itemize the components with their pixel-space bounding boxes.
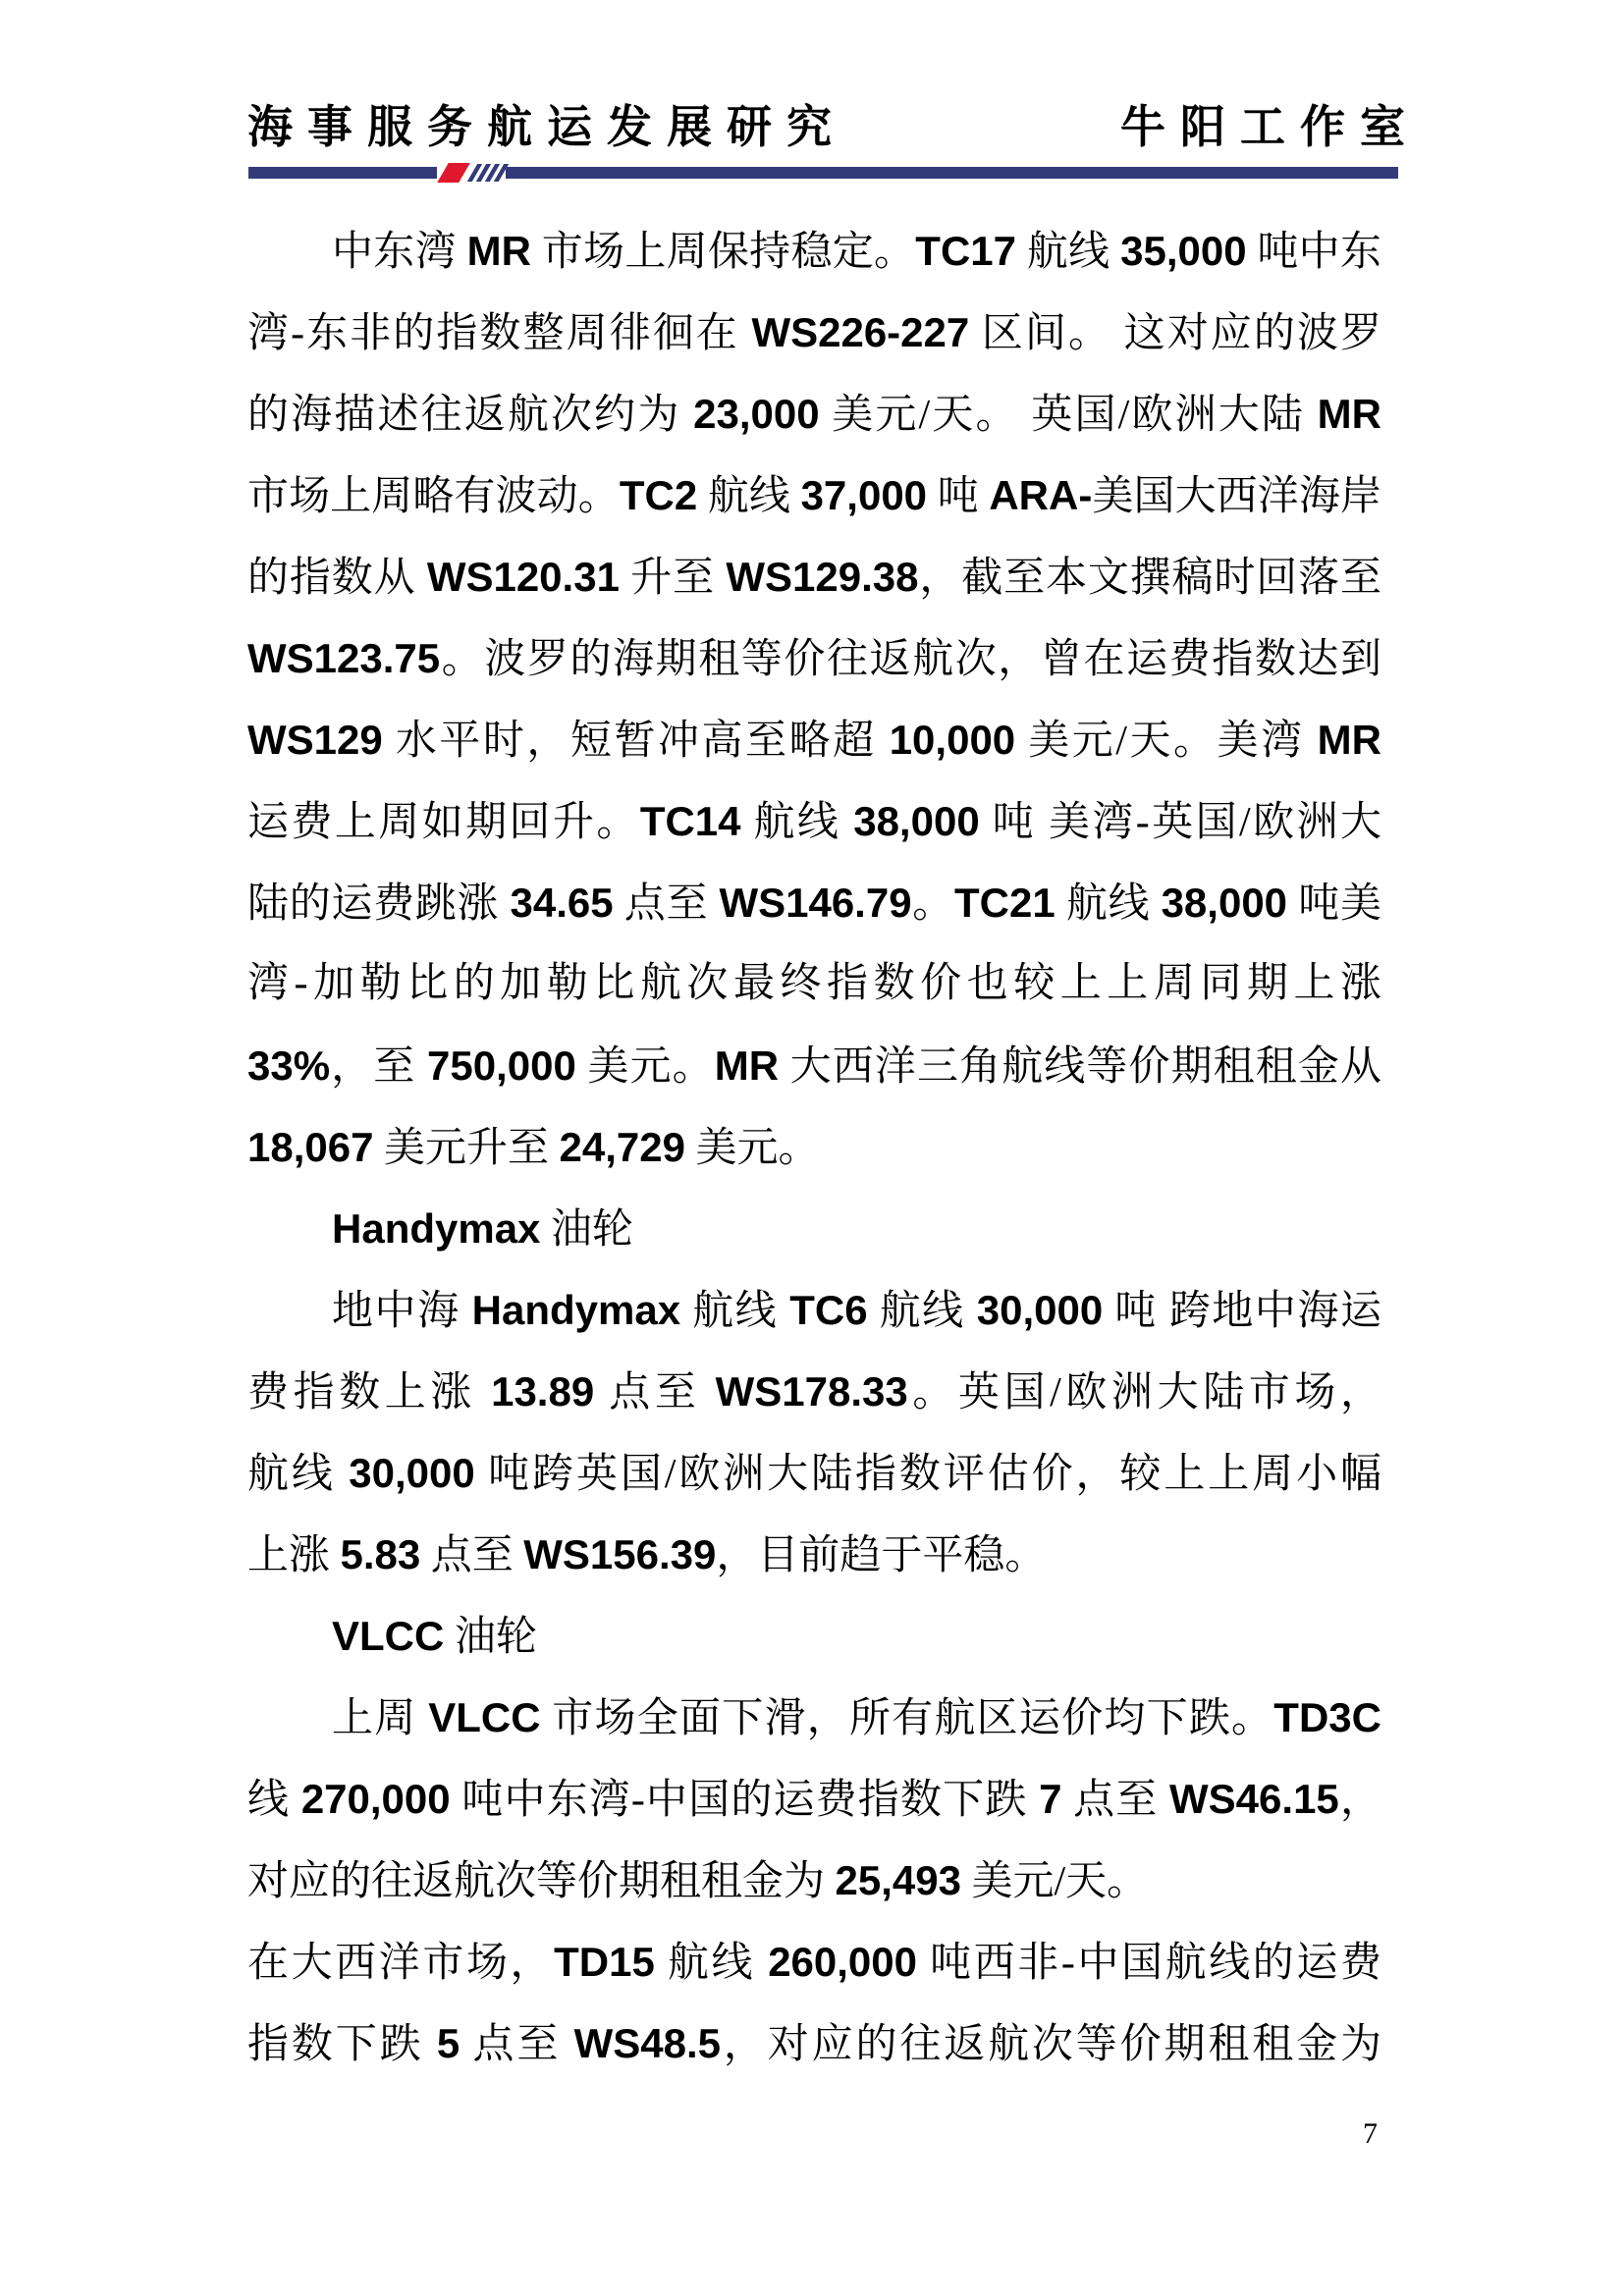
text-line: 湾-加勒比的加勒比航次最终指数价也较上上周同期上涨: [247, 943, 1381, 1025]
text-line: 航线 30,000 吨跨英国/欧洲大陆指数评估价，较上上周小幅: [247, 1432, 1381, 1514]
page-header: 海事服务航运发展研究 牛阳工作室: [247, 102, 1405, 151]
text-line: 在大西洋市场，TD15 航线 260,000 吨西非-中国航线的运费: [247, 1921, 1381, 2002]
text-line: 上涨 5.83 点至 WS156.39，目前趋于平稳。: [247, 1514, 1381, 1595]
page-number: 7: [1363, 2116, 1378, 2152]
text-line: 市场上周略有波动。TC2 航线 37,000 吨 ARA-美国大西洋海岸: [247, 454, 1381, 536]
text-line: WS129 水平时，短暂冲高至略超 10,000 美元/天。美湾 MR: [247, 699, 1381, 780]
text-line: 33%，至 750,000 美元。MR 大西洋三角航线等价期租租金从: [247, 1025, 1381, 1106]
text-line: 的指数从 WS120.31 升至 WS129.38，截至本文撰稿时回落至: [247, 536, 1381, 617]
text-line: 上周 VLCC 市场全面下滑，所有航区运价均下跌。TD3C 航: [247, 1677, 1381, 1758]
text-line: 中东湾 MR 市场上周保持稳定。TC17 航线 35,000 吨中东: [247, 210, 1381, 292]
header-divider: [248, 167, 1398, 179]
text-line: 地中海 Handymax 航线 TC6 航线 30,000 吨 跨地中海运: [247, 1269, 1381, 1351]
divider-bar-right: [506, 167, 1398, 179]
text-line: WS123.75。波罗的海期租等价往返航次，曾在运费指数达到: [247, 617, 1381, 699]
header-left-title: 海事服务航运发展研究: [247, 102, 846, 151]
header-right-title: 牛阳工作室: [1120, 102, 1420, 151]
text-line: 费指数上涨 13.89 点至 WS178.33。英国/欧洲大陆市场，TC23: [247, 1351, 1381, 1432]
text-line: 的海描述往返航次约为 23,000 美元/天。 英国/欧洲大陆 MR: [247, 373, 1381, 454]
text-line: 湾-东非的指数整周徘徊在 WS226-227 区间。 这对应的波罗: [247, 292, 1381, 373]
text-line: 线 270,000 吨中东湾-中国的运费指数下跌 7 点至 WS46.15，: [247, 1758, 1381, 1840]
text-line: 运费上周如期回升。TC14 航线 38,000 吨 美湾-英国/欧洲大: [247, 780, 1381, 862]
document-page: { "header": { "left_title": "海事服务航运发展研究"…: [0, 0, 1624, 2296]
text-line: 陆的运费跳涨 34.65 点至 WS146.79。TC21 航线 38,000 …: [247, 862, 1381, 943]
text-line: 18,067 美元升至 24,729 美元。: [247, 1106, 1381, 1188]
section-heading-vlcc: VLCC 油轮: [247, 1595, 1381, 1677]
divider-bar-left: [248, 167, 437, 179]
section-heading-handymax: Handymax 油轮: [247, 1188, 1381, 1269]
divider-red-accent: [437, 163, 470, 183]
text-line: 指数下跌 5 点至 WS48.5，对应的往返航次等价期租租金为: [247, 2002, 1381, 2084]
text-line: 对应的往返航次等价期租租金为 25,493 美元/天。: [247, 1840, 1381, 1921]
document-body: 中东湾 MR 市场上周保持稳定。TC17 航线 35,000 吨中东 湾-东非的…: [247, 210, 1381, 2084]
